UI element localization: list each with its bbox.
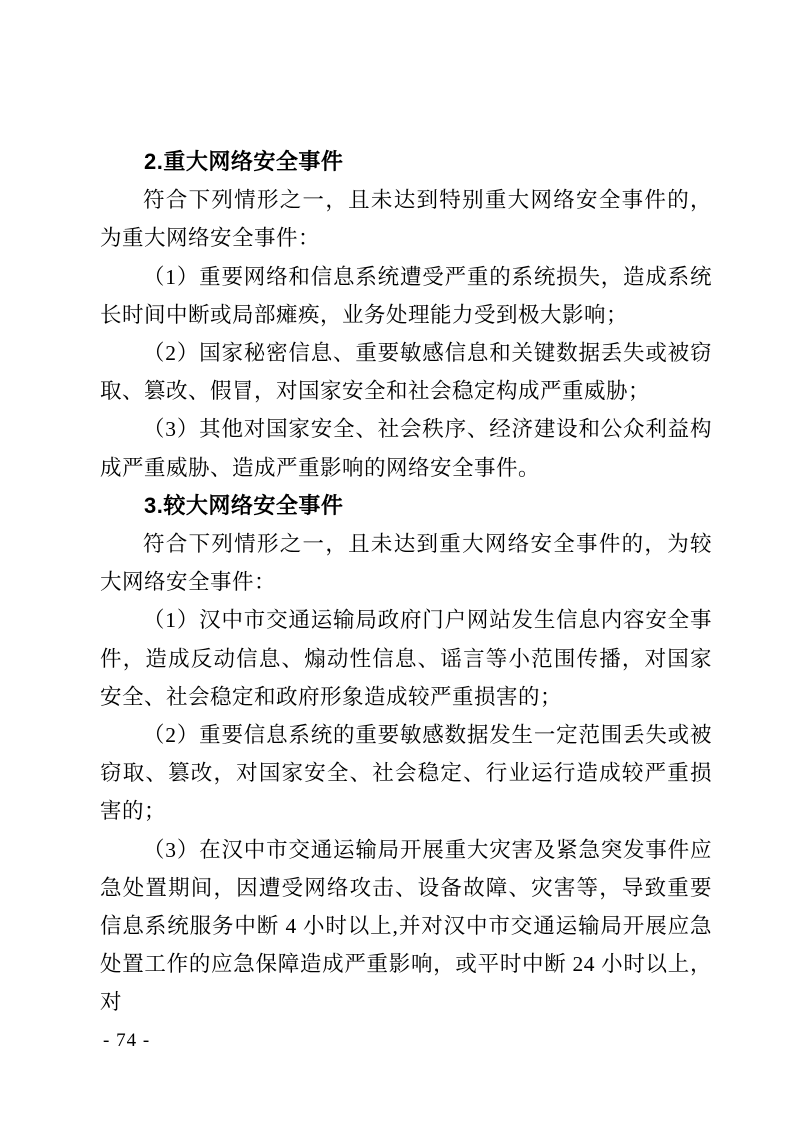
section-heading: 3.较大网络安全事件: [100, 487, 712, 525]
paragraph: （2）国家秘密信息、重要敏感信息和关键数据丢失或被窃取、篡改、假冒，对国家安全和…: [100, 334, 712, 410]
paragraph: （1）重要网络和信息系统遭受严重的系统损失，造成系统长时间中断或局部瘫痪，业务处…: [100, 258, 712, 334]
document-body: 2.重大网络安全事件符合下列情形之一，且未达到特别重大网络安全事件的，为重大网络…: [100, 143, 712, 1022]
paragraph: （1）汉中市交通运输局政府门户网站发生信息内容安全事件，造成反动信息、煽动性信息…: [100, 601, 712, 716]
paragraph: 符合下列情形之一，且未达到重大网络安全事件的，为较大网络安全事件：: [100, 525, 712, 601]
paragraph: 符合下列情形之一，且未达到特别重大网络安全事件的，为重大网络安全事件：: [100, 181, 712, 257]
paragraph: （3）在汉中市交通运输局开展重大灾害及紧急突发事件应急处置期间，因遭受网络攻击、…: [100, 831, 712, 1022]
section-heading: 2.重大网络安全事件: [100, 143, 712, 181]
paragraph: （3）其他对国家安全、社会秩序、经济建设和公众利益构成严重威胁、造成严重影响的网…: [100, 410, 712, 486]
paragraph: （2）重要信息系统的重要敏感数据发生一定范围丢失或被窃取、篡改，对国家安全、社会…: [100, 716, 712, 831]
page-number: - 74 -: [103, 1029, 150, 1053]
document-page: { "document": { "sections": [ { "type": …: [0, 0, 793, 1122]
